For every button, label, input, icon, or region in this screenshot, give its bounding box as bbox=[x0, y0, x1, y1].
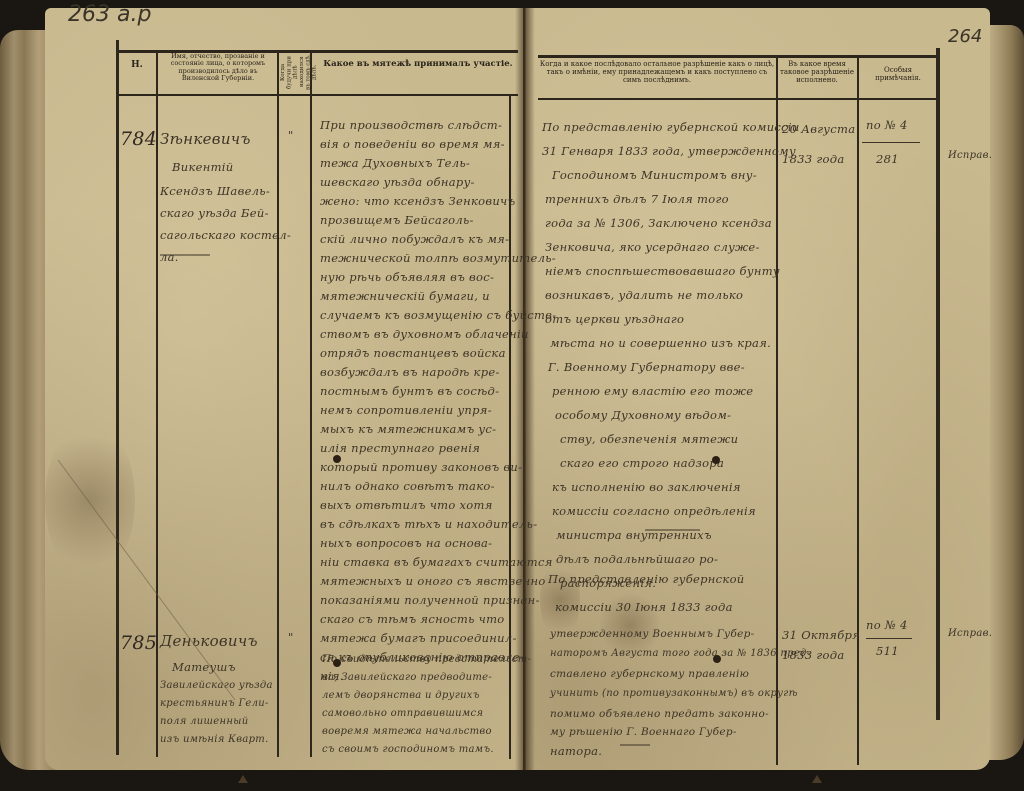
paper-hole bbox=[713, 655, 721, 663]
diagonal-stroke bbox=[0, 0, 1024, 791]
open-ledger: 263 a.p 264 Н. Имя, отчество, прозваніе … bbox=[0, 0, 1024, 791]
paper-hole bbox=[333, 659, 341, 667]
paper-hole bbox=[712, 456, 720, 464]
paper-hole bbox=[333, 455, 341, 463]
